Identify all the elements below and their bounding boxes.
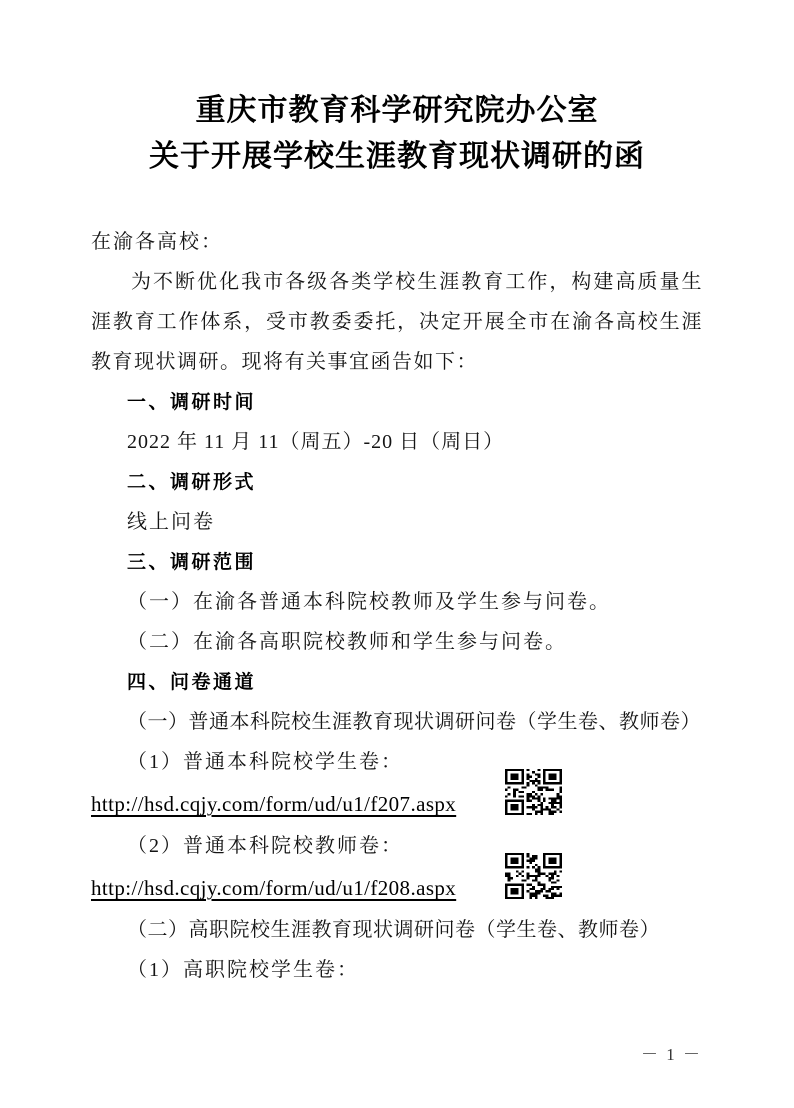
section-2-heading: 二、调研形式 [91, 462, 703, 502]
scope-item-2: （二）在渝各高职院校教师和学生参与问卷。 [91, 622, 703, 662]
questionnaire-g1-item-2-label: （2）普通本科院校教师卷： [91, 826, 703, 866]
questionnaire-group-2-title: （二）高职院校生涯教育现状调研问卷（学生卷、教师卷） [91, 910, 703, 950]
intro-paragraph: 为不断优化我市各级各类学校生涯教育工作，构建高质量生涯教育工作体系，受市教委委托… [91, 262, 703, 382]
section-3-heading: 三、调研范围 [91, 542, 703, 582]
questionnaire-g1-item-1-label: （1）普通本科院校学生卷： [91, 742, 703, 782]
page-number: － 1 － [641, 1040, 702, 1065]
title-line-1: 重庆市教育科学研究院办公室 [91, 88, 703, 134]
survey-date: 2022 年 11 月 11（周五）-20 日（周日） [91, 422, 703, 462]
section-4-heading: 四、问卷通道 [91, 662, 703, 702]
document-page: 重庆市教育科学研究院办公室 关于开展学校生涯教育现状调研的函 在渝各高校： 为不… [0, 0, 794, 1108]
questionnaire-group-1-title: （一）普通本科院校生涯教育现状调研问卷（学生卷、教师卷） [91, 702, 703, 742]
questionnaire-g2-item-1-label: （1）高职院校学生卷： [91, 950, 703, 990]
section-1-heading: 一、调研时间 [91, 382, 703, 422]
scope-item-1: （一）在渝各普通本科院校教师及学生参与问卷。 [91, 582, 703, 622]
title-line-2: 关于开展学校生涯教育现状调研的函 [91, 134, 703, 180]
questionnaire-g1-item-2-row: http://hsd.cqjy.com/form/ud/u1/f208.aspx [91, 866, 703, 910]
qr-code-icon-f207 [505, 769, 562, 815]
survey-link-f207[interactable]: http://hsd.cqjy.com/form/ud/u1/f207.aspx [91, 792, 456, 816]
document-title: 重庆市教育科学研究院办公室 关于开展学校生涯教育现状调研的函 [91, 88, 703, 180]
salutation: 在渝各高校： [91, 222, 703, 262]
questionnaire-g1-item-1-row: http://hsd.cqjy.com/form/ud/u1/f207.aspx [91, 782, 703, 826]
qr-code-icon-f208 [505, 853, 562, 899]
survey-format: 线上问卷 [91, 502, 703, 542]
survey-link-f208[interactable]: http://hsd.cqjy.com/form/ud/u1/f208.aspx [91, 876, 456, 900]
